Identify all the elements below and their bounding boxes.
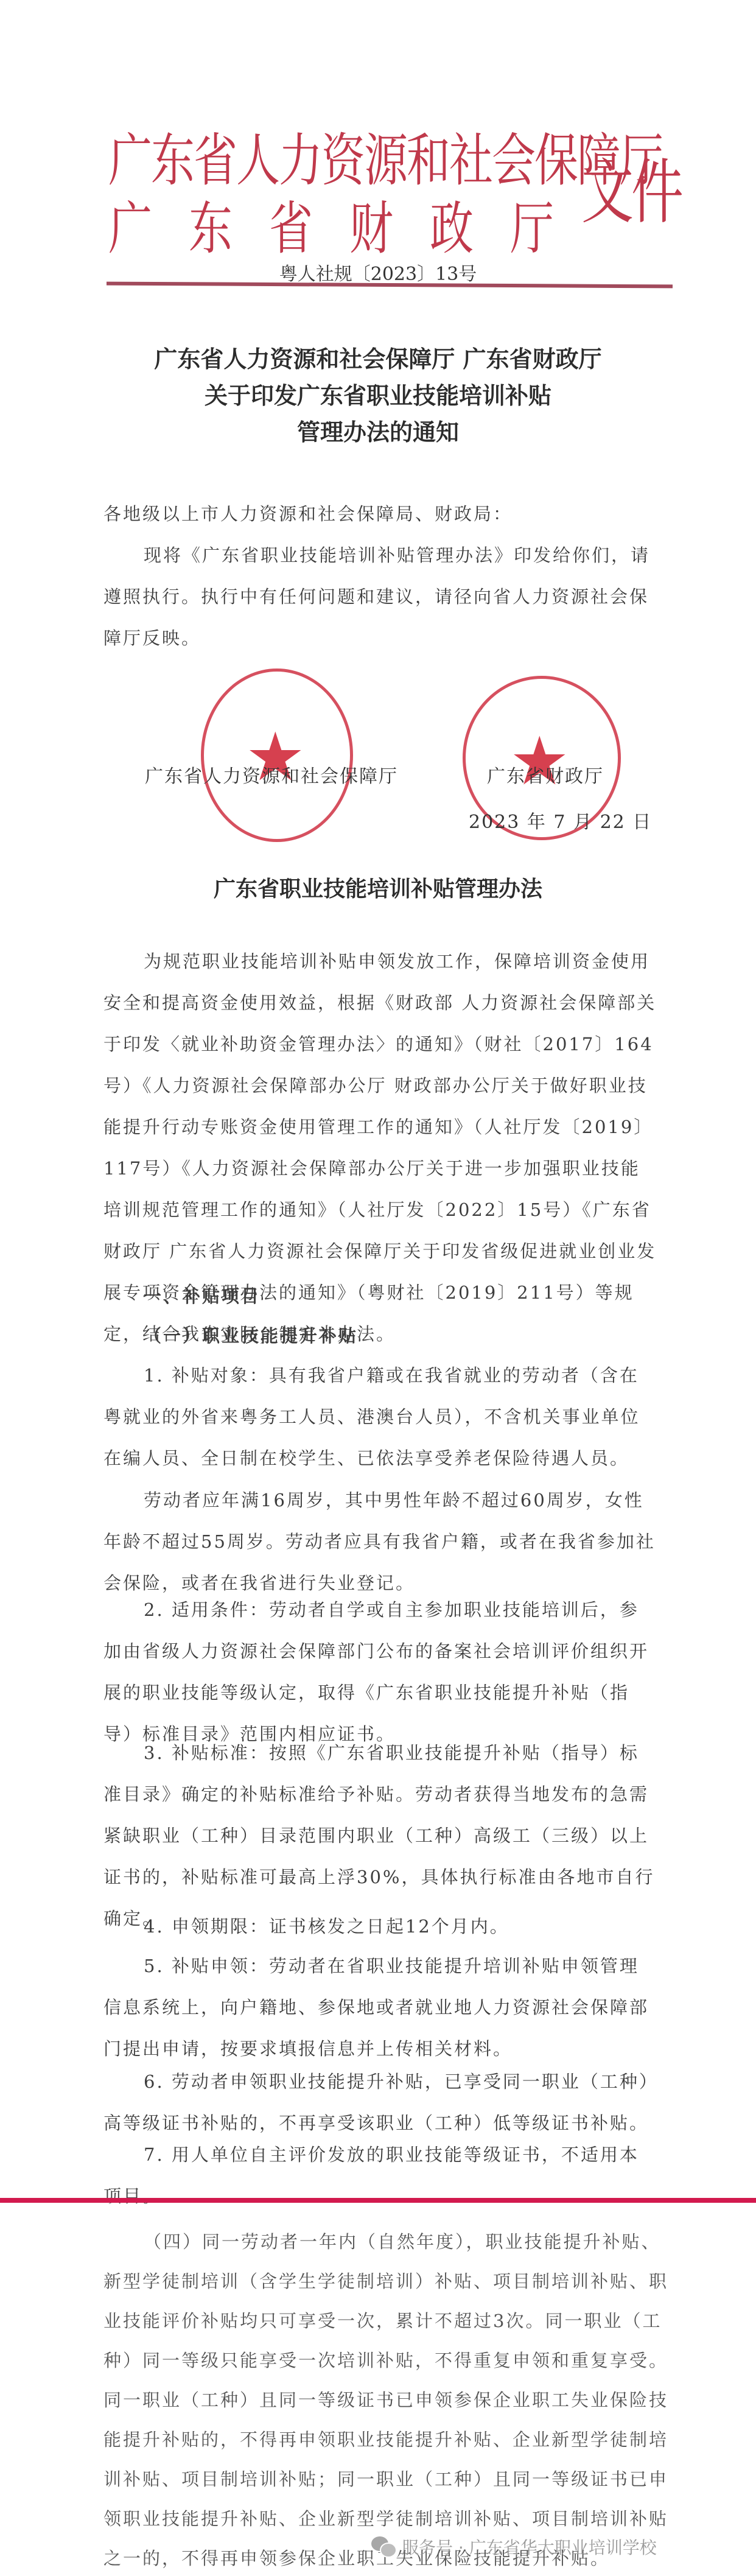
issuer-char: 省 [269, 183, 349, 265]
clause-4-annual-limit: （四）同一劳动者一年内（自然年度），职业技能提升补贴、新型学徒制培训（含学生学徒… [103, 2222, 670, 2576]
item-1-subsidy-target: 1. 补贴对象：具有我省户籍或在我省就业的劳动者（含在粤就业的外省来粤务工人员、… [103, 1355, 657, 1479]
item-4-deadline: 4. 申领期限：证书核发之日起12个月内。 [103, 1906, 657, 1947]
issuer-line-finance: 广东省财政厅 [108, 183, 590, 265]
item-2-conditions: 2. 适用条件：劳动者自学或自主参加职业技能培训后，参加由省级人力资源社会保障部… [103, 1589, 657, 1755]
notice-title-line-3: 管理办法的通知 [0, 414, 756, 451]
measures-title: 广东省职业技能培训补贴管理办法 [0, 872, 756, 903]
page-divider [0, 2198, 756, 2203]
issuer-char: 东 [189, 183, 269, 265]
issuer-char: 政 [430, 183, 510, 265]
watermark-text: 服务号 · 广东省华大职业培训学校 [402, 2535, 657, 2559]
item-5-application: 5. 补贴申领：劳动者在省职业技能提升培训补贴申领管理信息系统上，向户籍地、参保… [103, 1945, 657, 2069]
addressee: 各地级以上市人力资源和社会保障局、财政局： [103, 493, 657, 535]
signature-finance: 广东省财政厅 [487, 761, 604, 788]
item-6-no-duplicate: 6. 劳动者申领职业技能提升补贴，已享受同一职业（工种）高等级证书补贴的，不再享… [103, 2061, 657, 2144]
section-heading-subsidy-items: 一、补贴项目 [103, 1276, 657, 1317]
item-7-exclusion: 7. 用人单位自主评价发放的职业技能等级证书，不适用本项目。 [103, 2134, 657, 2217]
subsection-heading-skill-upgrade: （一）职业技能提升补贴 [103, 1315, 657, 1356]
document-type-label: 文件 [581, 135, 681, 237]
notice-title-line-2: 关于印发广东省职业技能培训补贴 [0, 377, 756, 414]
notice-body: 现将《广东省职业技能培训补贴管理办法》印发给你们，请遵照执行。执行中有任何问题和… [103, 535, 657, 659]
wechat-icon [371, 2536, 396, 2557]
signature-hrss: 广东省人力资源和社会保障厅 [145, 761, 398, 788]
issuer-char: 广 [108, 183, 189, 265]
signature-date: 2023 年 7 月 22 日 [469, 807, 652, 834]
item-1-age-requirement: 劳动者应年满16周岁，其中男性年龄不超过60周岁，女性年龄不超过55周岁。劳动者… [103, 1479, 657, 1604]
issuer-char: 厅 [510, 183, 590, 265]
issuer-char: 财 [349, 183, 430, 265]
hrss-seal: ★ [201, 669, 353, 842]
account-watermark: 服务号 · 广东省华大职业培训学校 [371, 2535, 657, 2559]
notice-title-line-1: 广东省人力资源和社会保障厅 广东省财政厅 [0, 341, 756, 377]
